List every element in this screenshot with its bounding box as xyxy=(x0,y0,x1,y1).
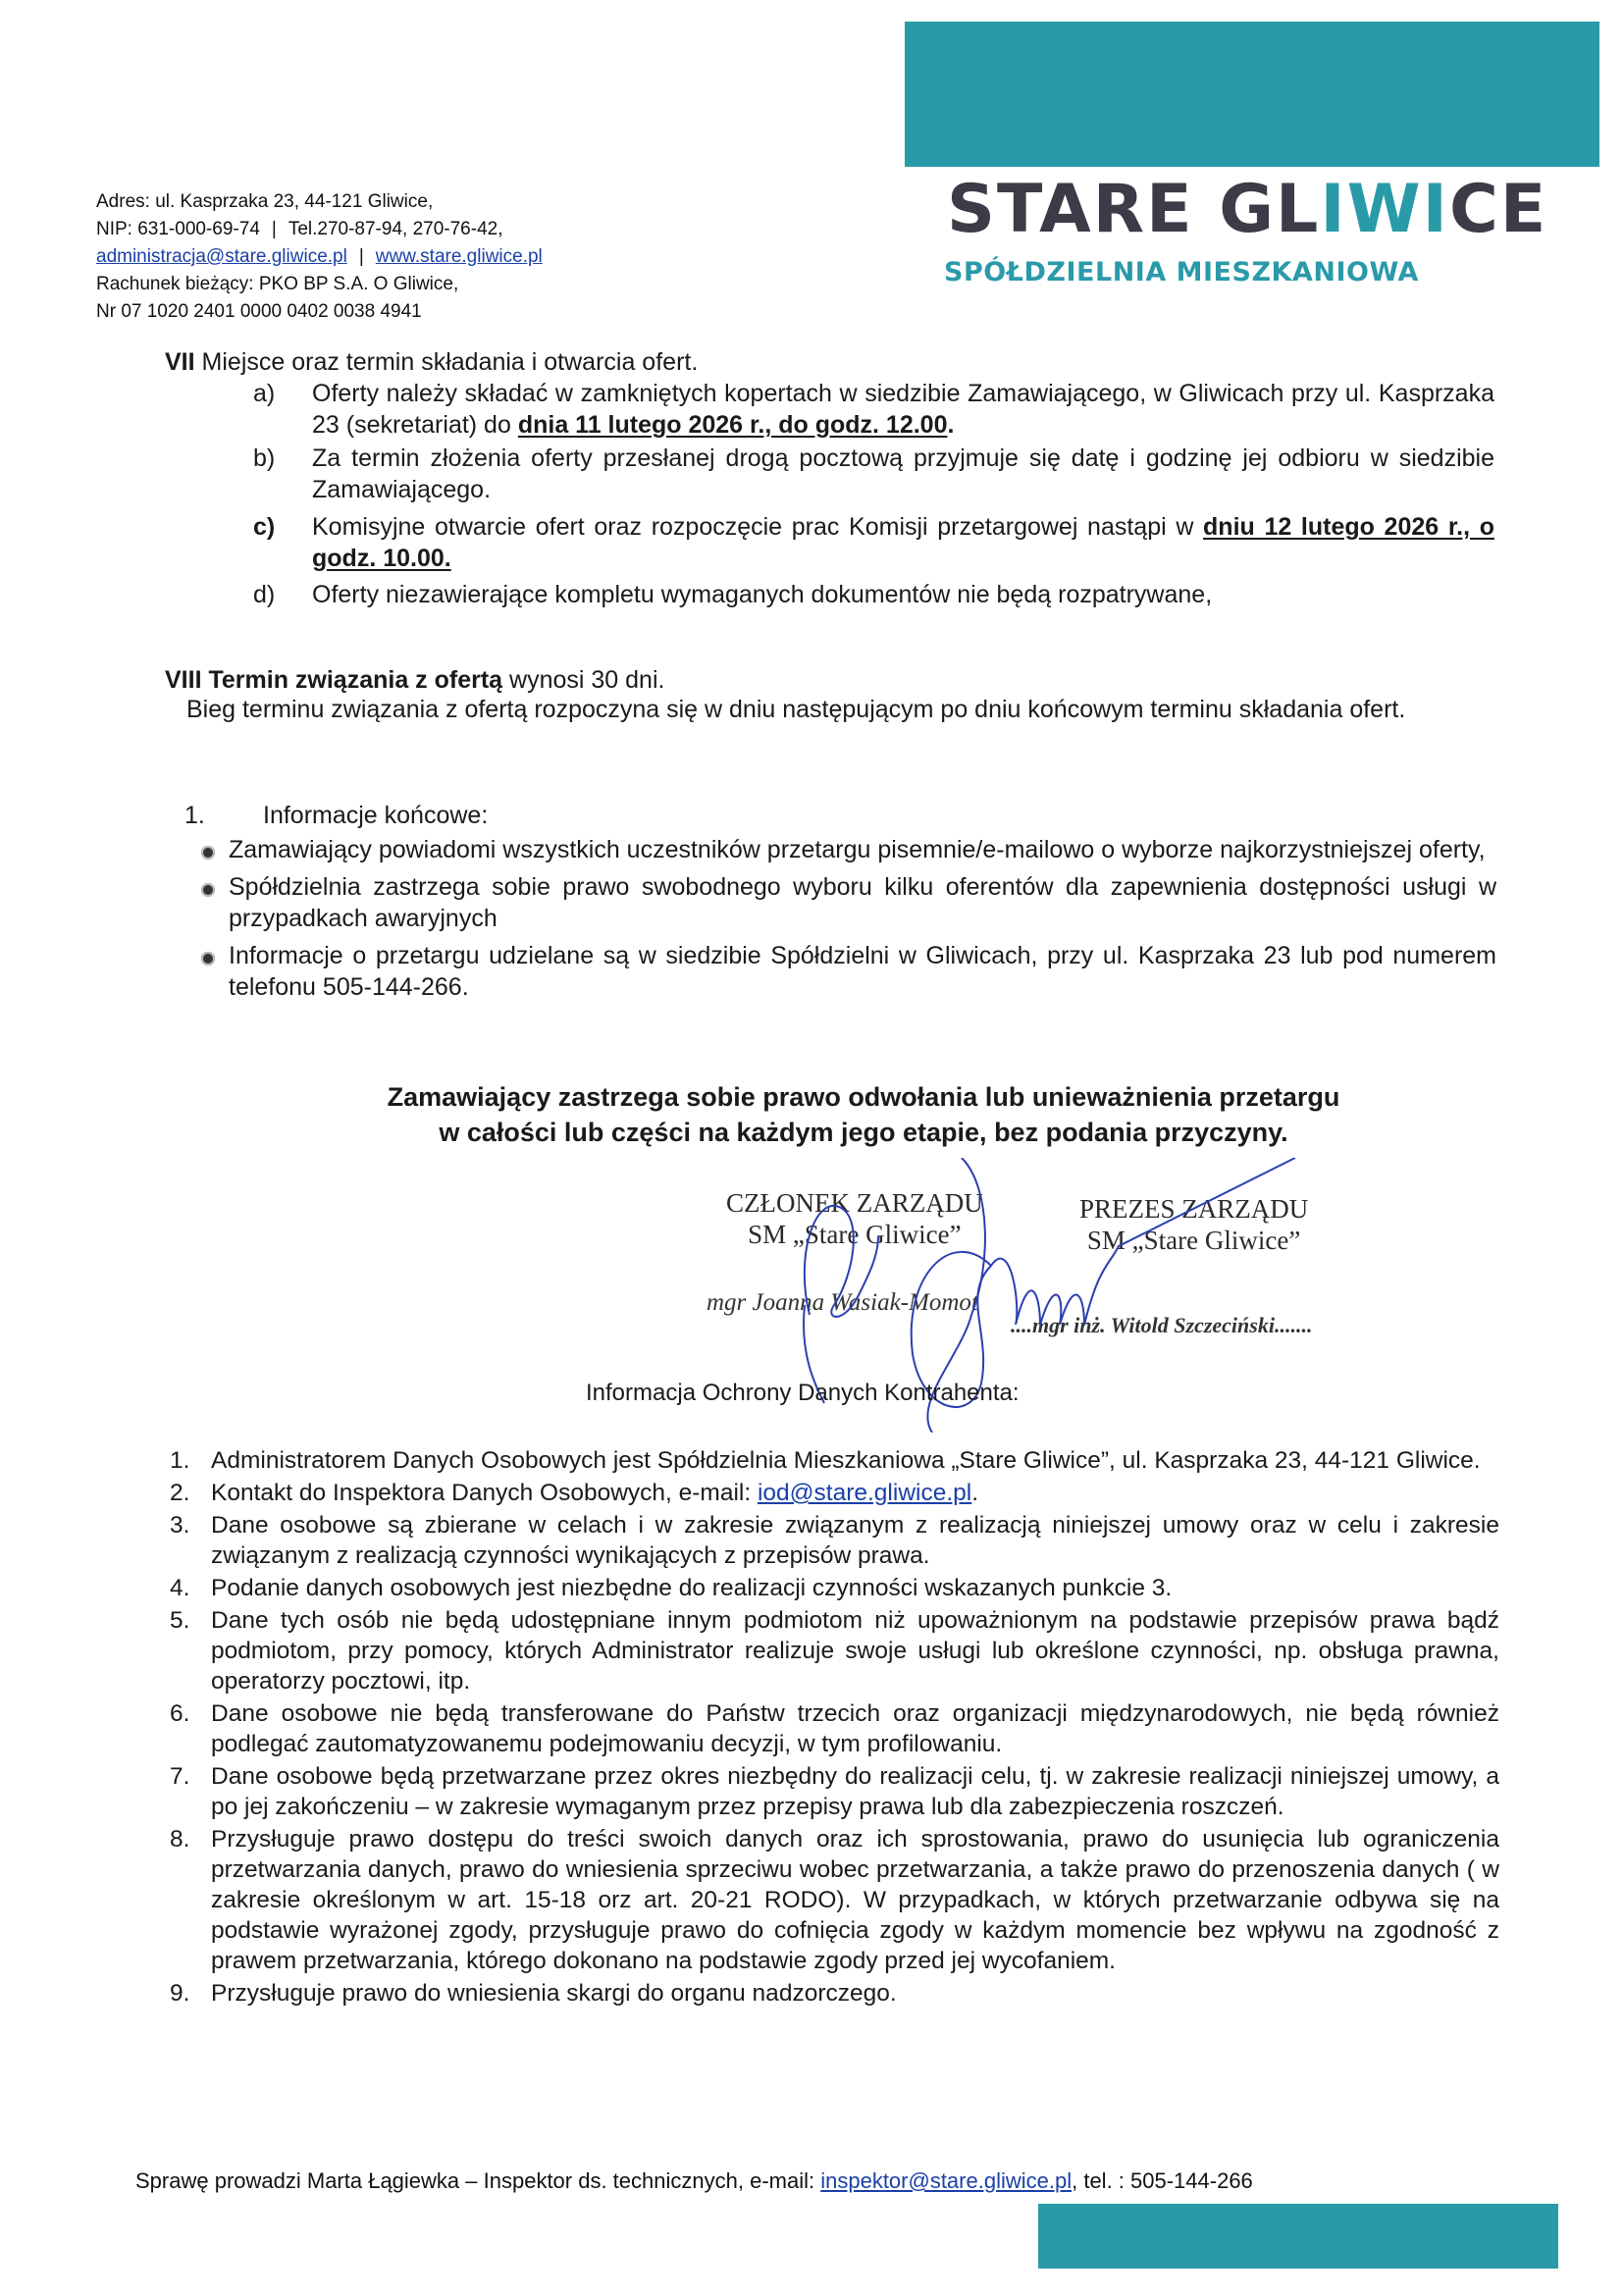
email-web-line: administracja@stare.gliwice.pl|www.stare… xyxy=(96,243,543,271)
item-text: Oferty należy składać w zamkniętych kope… xyxy=(312,378,1494,441)
signature-role: CZŁONEK ZARZĄDU xyxy=(726,1187,983,1219)
section-7-item-a: a) Oferty należy składać w zamkniętych k… xyxy=(253,378,1494,441)
item-text: Oferty niezawierające kompletu wymaganyc… xyxy=(312,579,1494,610)
list-item: Spółdzielnia zastrzega sobie prawo swobo… xyxy=(201,871,1496,934)
privacy-item: 5. Dane tych osób nie będą udostępniane … xyxy=(170,1605,1499,1696)
separator: | xyxy=(272,216,277,243)
iod-email-link[interactable]: iod@stare.gliwice.pl xyxy=(758,1480,971,1506)
email-link[interactable]: administracja@stare.gliwice.pl xyxy=(96,246,347,267)
privacy-item: 2. Kontakt do Inspektora Danych Osobowyc… xyxy=(170,1478,1499,1508)
bullet-icon xyxy=(201,952,215,965)
logo-subtitle: SPÓŁDZIELNIA MIESZKANIOWA xyxy=(944,257,1419,287)
list-item: Informacje o przetargu udzielane są w si… xyxy=(201,940,1496,1003)
section-number: VIII xyxy=(165,666,202,694)
privacy-item: 9. Przysługuje prawo do wniesienia skarg… xyxy=(170,1978,1499,2009)
website-link[interactable]: www.stare.gliwice.pl xyxy=(376,246,543,267)
item-text: Za termin złożenia oferty przesłanej dro… xyxy=(312,443,1494,505)
final-info-label: Informacje końcowe: xyxy=(263,800,488,831)
item-label: d) xyxy=(253,579,312,610)
signatory-name-2: ....mgr inż. Witold Szczeciński....... xyxy=(1011,1313,1312,1338)
privacy-item: 8. Przysługuje prawo dostępu do treści s… xyxy=(170,1824,1499,1976)
final-info-number: 1. xyxy=(184,800,263,831)
section-7-item-c: c) Komisyjne otwarcie ofert oraz rozpocz… xyxy=(253,511,1494,574)
inspector-email-link[interactable]: inspektor@stare.gliwice.pl xyxy=(820,2168,1072,2193)
section-8-title: VIII Termin związania z ofertą wynosi 30… xyxy=(165,664,664,696)
header-brand-band xyxy=(905,22,1599,167)
item-label: a) xyxy=(253,378,312,441)
section-7-item-d: d) Oferty niezawierające kompletu wymaga… xyxy=(253,579,1494,610)
section-title-rest: wynosi 30 dni. xyxy=(502,666,664,694)
section-7-title: VII Miejsce oraz termin składania i otwa… xyxy=(165,346,698,378)
bullet-icon xyxy=(201,883,215,897)
item-label: c) xyxy=(253,511,312,574)
item-text: Komisyjne otwarcie ofert oraz rozpoczęci… xyxy=(312,511,1494,574)
bullet-icon xyxy=(201,846,215,860)
signatory-name-1: mgr Joanna Wasiak-Momot xyxy=(707,1289,978,1317)
list-item: Zamawiający powiadomi wszystkich uczestn… xyxy=(201,834,1496,865)
cancellation-notice: Zamawiający zastrzega sobie prawo odwoła… xyxy=(294,1079,1433,1150)
final-info-list: Zamawiający powiadomi wszystkich uczestn… xyxy=(201,834,1496,1009)
nip: NIP: 631-000-69-74 xyxy=(96,219,260,239)
privacy-item: 6. Dane osobowe nie będą transferowane d… xyxy=(170,1698,1499,1759)
privacy-title: Informacja Ochrony Danych Kontrahenta: xyxy=(586,1378,1020,1409)
item-label: b) xyxy=(253,443,312,505)
signature-role: PREZES ZARZĄDU xyxy=(1079,1193,1308,1225)
section-7-item-b: b) Za termin złożenia oferty przesłanej … xyxy=(253,443,1494,505)
nip-tel-line: NIP: 631-000-69-74|Tel.270-87-94, 270-76… xyxy=(96,216,543,243)
privacy-item: 1. Administratorem Danych Osobowych jest… xyxy=(170,1445,1499,1476)
privacy-item: 4. Podanie danych osobowych jest niezbęd… xyxy=(170,1573,1499,1603)
separator: | xyxy=(359,243,364,271)
footer-contact: Sprawę prowadzi Marta Łągiewka – Inspekt… xyxy=(135,2168,1253,2194)
contact-block: Adres: ul. Kasprzaka 23, 44-121 Gliwice,… xyxy=(96,188,543,326)
privacy-item: 7. Dane osobowe będą przetwarzane przez … xyxy=(170,1761,1499,1822)
logo-text-part1: STARE GL xyxy=(947,171,1320,248)
signature-org: SM „Stare Gliwice” xyxy=(726,1219,983,1250)
deadline-date: dnia 11 lutego 2026 r., do godz. 12.00 xyxy=(518,411,948,439)
signature-stamp-president: PREZES ZARZĄDU SM „Stare Gliwice” xyxy=(1079,1193,1308,1256)
logo-text-part2: CE xyxy=(1449,171,1547,248)
footer-brand-band xyxy=(1038,2204,1558,2269)
bank-account-label: Rachunek bieżący: PKO BP S.A. O Gliwice, xyxy=(96,271,543,298)
section-number: VII xyxy=(165,348,195,376)
address-line: Adres: ul. Kasprzaka 23, 44-121 Gliwice, xyxy=(96,188,543,216)
signature-stamp-board-member: CZŁONEK ZARZĄDU SM „Stare Gliwice” xyxy=(726,1187,983,1250)
bank-account-number: Nr 07 1020 2401 0000 0402 0038 4941 xyxy=(96,298,543,326)
section-title-text: Miejsce oraz termin składania i otwarcia… xyxy=(202,348,699,376)
section-title-bold: Termin związania z ofertą xyxy=(208,666,502,694)
privacy-item: 3. Dane osobowe są zbierane w celach i w… xyxy=(170,1510,1499,1571)
section-8-body: Bieg terminu związania z ofertą rozpoczy… xyxy=(186,694,1496,725)
signature-org: SM „Stare Gliwice” xyxy=(1079,1225,1308,1256)
privacy-list: 1. Administratorem Danych Osobowych jest… xyxy=(170,1445,1499,2010)
company-logo: STARE GLIWICE xyxy=(947,177,1555,243)
final-info-title: 1. Informacje końcowe: xyxy=(184,800,488,831)
telephone: Tel.270-87-94, 270-76-42, xyxy=(288,219,503,239)
logo-text-accent: IWI xyxy=(1320,171,1449,248)
